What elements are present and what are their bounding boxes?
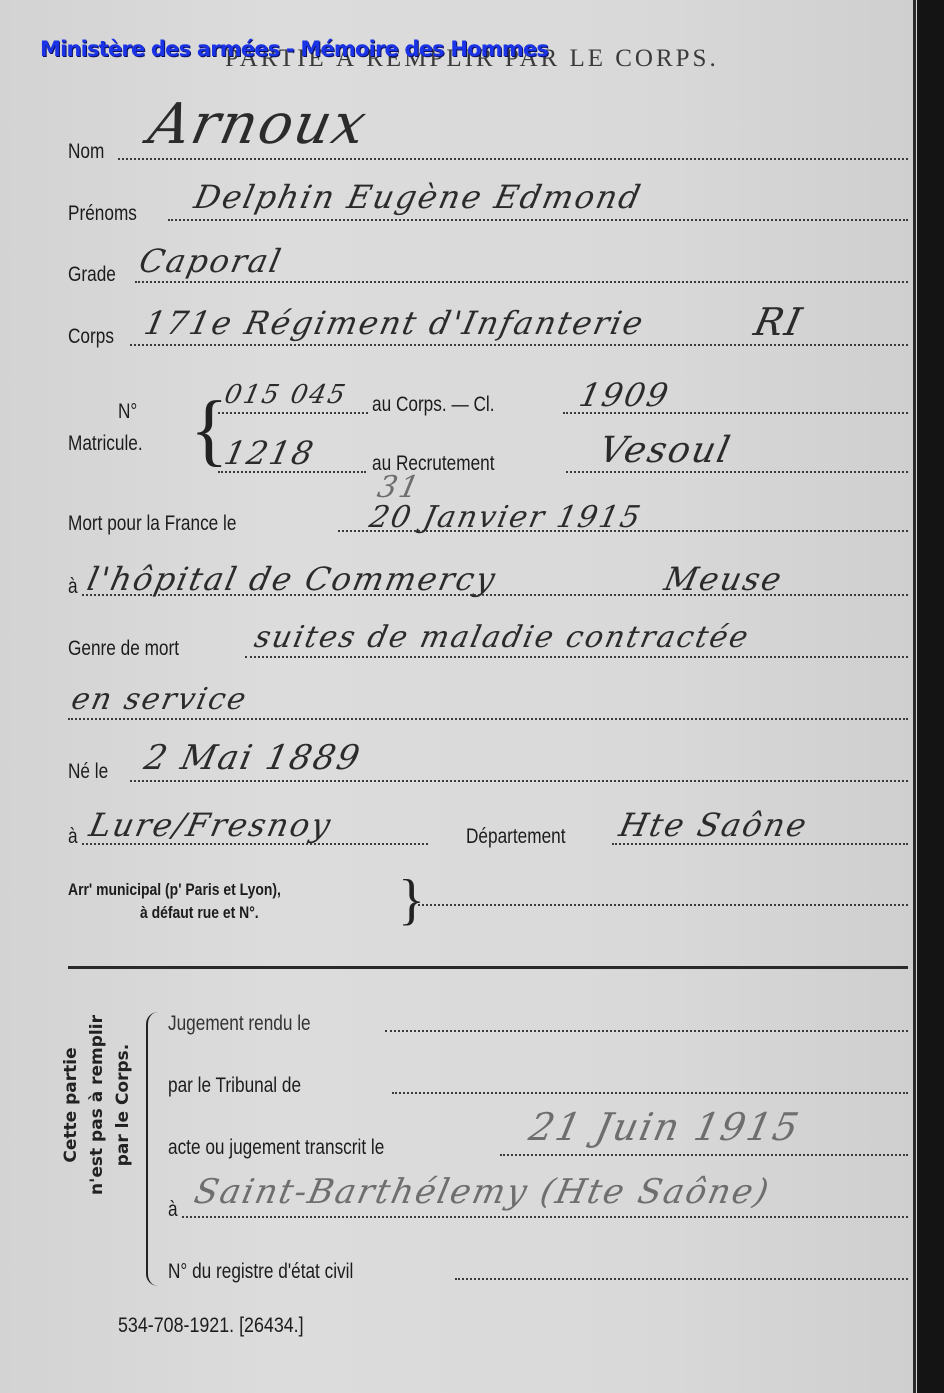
naissance-label: Né le [68,760,108,784]
transcrit-line [500,1154,908,1156]
transcrit-label: acte ou jugement transcrit le [168,1136,384,1160]
footer-code: 534-708-1921. [26434.] [118,1314,304,1338]
corps-label: Corps [68,325,114,349]
lower-section-brace [146,1012,158,1286]
lieu-transcription-value: Saint-Barthélemy (Hte Saône) [191,1172,774,1212]
classe-value: 1909 [576,376,674,414]
genre-mort-line2 [68,718,908,720]
tribunal-label: par le Tribunal de [168,1074,301,1098]
section-divider [68,966,908,969]
recrutement-place-line [566,471,908,473]
genre-mort-value-1: suites de maladie contractée [251,620,753,655]
nom-label: Nom [68,140,104,164]
matricule-no-label: N° [118,400,137,424]
arrondissement-label-1: Arr' municipal (p' Paris et Lyon), [68,880,281,900]
scan-border [917,0,944,1393]
lieu-naissance-label: à [68,825,78,849]
departement-value: Hte Saône [616,806,812,844]
matricule-corps-line [218,412,368,414]
jugement-label: Jugement rendu le [168,1012,311,1036]
tribunal-line [392,1092,908,1094]
departement-label: Département [466,825,566,849]
au-corps-label: au Corps. — Cl. [372,393,495,417]
lieu-naissance-value: Lure/Fresnoy [86,806,336,844]
lieu-mort-label: à [68,575,78,599]
corps-value: 171e Régiment d'Infanterie [141,304,648,342]
grade-value: Caporal [136,242,286,280]
prenoms-value: Delphin Eugène Edmond [191,178,646,216]
jugement-line [385,1030,908,1032]
mort-value: 20 Janvier 1915 [366,500,645,535]
nom-value: Arnoux [143,92,373,157]
arrondissement-brace: } [398,870,425,930]
recrutement-place: Vesoul [596,430,736,471]
lieu-transcription-line [182,1216,908,1218]
genre-mort-line1 [245,656,908,658]
side-note-line3: par le Corps. [110,980,136,1230]
lieu-transcription-label: à [168,1198,178,1222]
genre-mort-label: Genre de mort [68,637,179,661]
grade-label: Grade [68,263,116,287]
recrutement-value: 1218 [221,434,319,472]
arrondissement-line [418,904,908,906]
matricule-corps-value: 015 045 [222,380,350,410]
registre-line [455,1278,908,1280]
naissance-value: 2 Mai 1889 [141,738,365,778]
mort-label: Mort pour la France le [68,512,236,536]
lieu-mort-value: l'hôpital de Commercy [84,560,500,598]
corps-line [130,344,908,346]
side-note-line2: n'est pas à remplir [84,980,110,1230]
watermark: Ministère des armées - Mémoire des Homme… [40,37,548,61]
matricule-label: Matricule. [68,432,143,456]
genre-mort-value-2: en service [68,682,251,717]
naissance-line [130,780,908,782]
prenoms-label: Prénoms [68,202,137,226]
side-note-line1: Cette partie [58,980,84,1230]
registre-label: N° du registre d'état civil [168,1260,353,1284]
side-note: Cette partie n'est pas à remplir par le … [58,980,136,1230]
transcrit-value: 21 Juin 1915 [525,1105,804,1149]
lieu-mort-departement: Meuse [661,560,787,598]
page-edge-line [913,0,916,1393]
nom-line [118,158,908,160]
grade-line [135,281,908,283]
corps-annotation: RI [750,300,807,344]
arrondissement-label-2: à défaut rue et N°. [140,903,259,923]
prenoms-line [168,219,908,221]
